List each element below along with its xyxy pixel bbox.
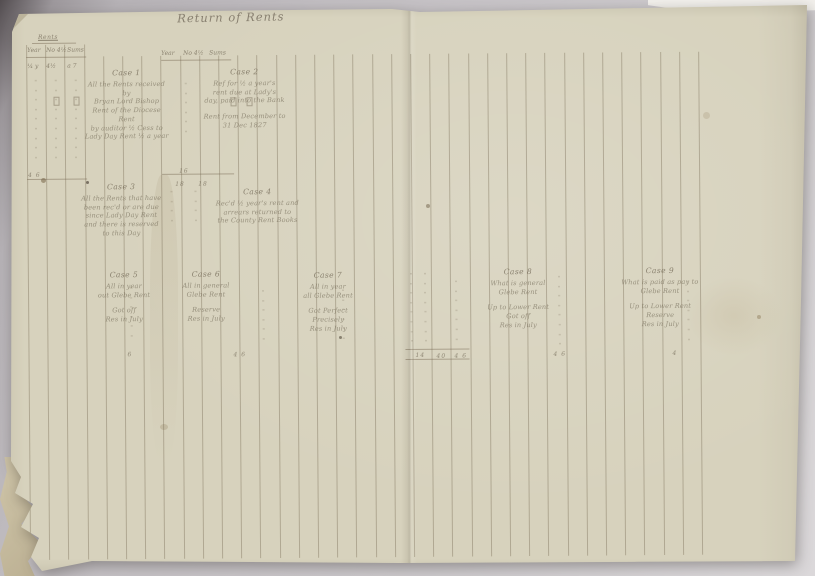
header-left-columns: YearNo 4½Sums bbox=[27, 46, 89, 53]
ruled-column-line bbox=[45, 57, 50, 560]
ruled-column-line bbox=[468, 54, 473, 557]
header-rule bbox=[32, 43, 76, 44]
case-title: Case 9 bbox=[612, 266, 708, 276]
case-block: Case 8What is generalGlebe RentUp to Low… bbox=[474, 267, 562, 330]
header-bracket-label: Rents bbox=[38, 34, 58, 41]
case-lines: What is generalGlebe RentUp to Lower Ren… bbox=[474, 279, 562, 330]
figure-mark: 4 6 bbox=[233, 351, 246, 358]
case-title: Case 3 bbox=[77, 182, 165, 192]
header-mid-columns: YearNo 4½Sums bbox=[161, 49, 233, 57]
case-line: All the Rents that have bbox=[77, 194, 165, 203]
figure-mark: 6 bbox=[127, 351, 132, 358]
ruled-column-line bbox=[564, 53, 569, 556]
header-rule bbox=[26, 57, 86, 58]
figure-mark: 18 bbox=[198, 181, 208, 188]
case-block: Case 9What is paid as pay toGlebe RentUp… bbox=[612, 266, 708, 329]
case-line: Res in July bbox=[474, 321, 562, 330]
ruled-column-line bbox=[602, 52, 607, 555]
case-lines: Ref for ½ a year'srent due at Lady'sday,… bbox=[194, 79, 294, 130]
column-header: Sums bbox=[209, 49, 231, 56]
figure-mark: 18 bbox=[175, 181, 185, 188]
ruled-column-line bbox=[84, 45, 85, 57]
case-line: Up to Lower Rent bbox=[474, 303, 562, 312]
ditto-marks: " " " " " " bbox=[130, 286, 133, 344]
ditto-marks: " " " " " " bbox=[342, 288, 345, 346]
case-lines: What is paid as pay toGlebe RentUp to Lo… bbox=[612, 278, 708, 329]
ditto-marks: " " " " " " " bbox=[455, 280, 458, 347]
ditto-marks: " " " " " " " " " bbox=[74, 79, 77, 165]
case-block: Case 1All the Rents received byBryan Lor… bbox=[84, 68, 169, 142]
ruled-column-line bbox=[26, 57, 31, 560]
case-line: and there is reserved bbox=[77, 220, 165, 229]
case-line: Res in July bbox=[612, 319, 708, 328]
case-line: 31 Dec 1827 bbox=[195, 121, 295, 130]
ledger-sheet: 1813 Return of Rents Rents YearNo 4½Sums… bbox=[0, 0, 815, 576]
case-line: to this Day bbox=[78, 229, 166, 238]
ruled-column-line bbox=[372, 54, 377, 557]
ruled-column-line bbox=[391, 54, 396, 557]
case-block: Case 2Ref for ½ a year'srent due at Lady… bbox=[194, 67, 294, 130]
case-lines: All the Rents that havebeen rec'd or are… bbox=[77, 194, 165, 238]
scanned-ledger-photo: 1813 Return of Rents Rents YearNo 4½Sums… bbox=[0, 0, 815, 576]
case-line: All the Rents received by bbox=[84, 80, 168, 98]
figure-mark: 4 6 bbox=[455, 353, 468, 360]
section-rule bbox=[162, 173, 234, 175]
ditto-marks: " " " " " " bbox=[262, 289, 265, 347]
ruled-column-line bbox=[449, 54, 454, 557]
case-lines: All the Rents received byBryan Lord Bish… bbox=[84, 80, 168, 142]
figure-mark: 4 6 bbox=[553, 351, 566, 358]
case-title: Case 1 bbox=[84, 68, 168, 78]
ruled-column-line bbox=[429, 54, 434, 557]
ditto-marks: " " " " bbox=[194, 190, 197, 228]
ditto-marks: " " " " " " " " " bbox=[54, 79, 57, 165]
header-left-subrow: ¼ y4½a 7 bbox=[27, 62, 89, 69]
case-line: Rent from December to bbox=[195, 112, 295, 121]
header-rule bbox=[161, 59, 231, 61]
case-line: Rent of the Diocese Rent bbox=[85, 106, 169, 124]
case-block: Case 3All the Rents that havebeen rec'd … bbox=[77, 182, 165, 238]
ruled-column-line bbox=[64, 45, 65, 57]
figure-mark: 4 6 bbox=[28, 172, 41, 179]
column-header: No 4½ bbox=[183, 50, 209, 57]
ruled-column-line bbox=[65, 57, 70, 560]
sub-mark: ¼ y bbox=[27, 63, 46, 70]
case-title: Case 2 bbox=[194, 67, 294, 77]
corner-label: 1813 bbox=[22, 6, 43, 14]
ditto-marks: " " " " " " " bbox=[687, 280, 690, 347]
ruled-column-line bbox=[45, 45, 46, 57]
figure-mark: 4 bbox=[672, 350, 677, 357]
ditto-marks: " " " " bbox=[170, 190, 173, 228]
ditto-marks: " " " " " " " " bbox=[424, 272, 427, 349]
ruled-column-line bbox=[276, 55, 281, 558]
ruled-column-line bbox=[26, 45, 27, 57]
figure-mark: 40 bbox=[437, 353, 447, 360]
ruled-column-line bbox=[583, 53, 588, 556]
case-line: What is paid as pay to bbox=[612, 278, 708, 287]
figure-mark: 16 bbox=[179, 168, 189, 175]
ledger-sheet-wrap: 1813 Return of Rents Rents YearNo 4½Sums… bbox=[0, 0, 815, 576]
center-fold-crease bbox=[401, 0, 417, 576]
case-title: Case 8 bbox=[474, 267, 562, 277]
ditto-marks: " " " " " " " " " bbox=[34, 79, 37, 165]
column-header: Year bbox=[27, 47, 46, 54]
case-line: day, paid into the Bank bbox=[194, 96, 294, 105]
case-line: Lady Day Rent ½ a year bbox=[85, 132, 169, 141]
ditto-marks: " " " " " " bbox=[184, 82, 187, 140]
ruled-column-line bbox=[257, 55, 262, 558]
document-title: Return of Rents bbox=[146, 9, 316, 26]
